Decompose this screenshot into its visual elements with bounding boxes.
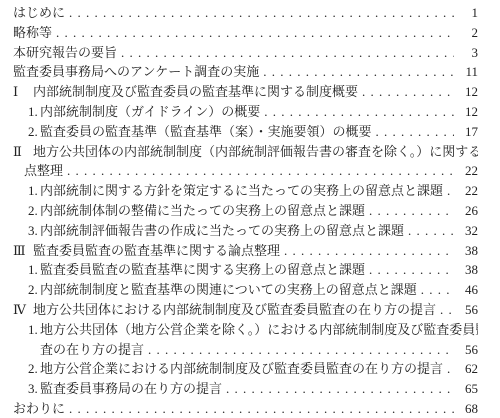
entry-text: 内部統制制度と監査基準の関連についての実務上の留意点と課題	[40, 280, 417, 300]
dot-leader: . . . . . . . . . . . . . . . . . . . . …	[447, 359, 454, 379]
toc-entry: 査の在り方の提言. . . . . . . . . . . . . . . . …	[0, 340, 500, 360]
entry-page: 65	[456, 379, 478, 399]
toc-entry: 3.内部統制評価報告書の作成に当たっての実務上の留意点と課題. . . . . …	[0, 221, 500, 241]
entry-page: 1	[456, 3, 478, 23]
toc-page: はじめに. . . . . . . . . . . . . . . . . . …	[0, 0, 500, 418]
entry-text: 監査委員監査の監査基準に関する論点整理	[33, 241, 280, 261]
toc-entry: 監査委員事務局へのアンケート調査の実施. . . . . . . . . . .…	[0, 62, 500, 82]
dot-leader: . . . . . . . . . . . . . . . . . . . . …	[284, 241, 454, 261]
entry-number: 1.	[28, 260, 40, 280]
toc-entry: 1.内部統制に関する方針を策定するに当たっての実務上の留意点と課題. . . .…	[0, 181, 500, 201]
dot-leader: . . . . . . . . . . . . . . . . . . . . …	[226, 379, 454, 399]
toc-entry: 1.地方公共団体（地方公営企業を除く。）における内部統制制度及び監査委員監	[0, 320, 500, 340]
entry-page: 3	[456, 43, 478, 63]
toc-entry: 本研究報告の要旨. . . . . . . . . . . . . . . . …	[0, 43, 500, 63]
dot-leader: . . . . . . . . . . . . . . . . . . . . …	[447, 181, 454, 201]
dot-leader: . . . . . . . . . . . . . . . . . . . . …	[362, 82, 454, 102]
entry-page: 32	[456, 221, 478, 241]
entry-page: 38	[456, 260, 478, 280]
toc-entry: 1.監査委員監査の監査基準に関する実務上の留意点と課題. . . . . . .…	[0, 260, 500, 280]
entry-text: 監査委員事務局へのアンケート調査の実施	[13, 62, 259, 82]
dot-leader: . . . . . . . . . . . . . . . . . . . . …	[264, 102, 454, 122]
entry-text: 内部統制制度及び監査委員の監査基準に関する制度概要	[33, 82, 358, 102]
entry-number: Ⅳ	[13, 300, 33, 320]
dot-leader: . . . . . . . . . . . . . . . . . . . . …	[369, 201, 454, 221]
toc-entry: Ⅳ地方公共団体における内部統制制度及び監査委員監査の在り方の提言. . . . …	[0, 300, 500, 320]
dot-leader: . . . . . . . . . . . . . . . . . . . . …	[369, 260, 454, 280]
entry-number: 1.	[28, 102, 40, 122]
toc-entry: おわりに. . . . . . . . . . . . . . . . . . …	[0, 399, 500, 418]
dot-leader: . . . . . . . . . . . . . . . . . . . . …	[69, 3, 454, 23]
entry-number: 2.	[28, 122, 40, 142]
entry-page: 46	[456, 280, 478, 300]
entry-text: 本研究報告の要旨	[13, 43, 117, 63]
entry-number: Ⅱ	[13, 142, 33, 162]
toc-entry: Ⅰ内部統制制度及び監査委員の監査基準に関する制度概要. . . . . . . …	[0, 82, 500, 102]
entry-number: 2.	[28, 280, 40, 300]
entry-text: おわりに	[13, 399, 65, 418]
entry-page: 2	[456, 23, 478, 43]
toc-entry: 略称等. . . . . . . . . . . . . . . . . . .…	[0, 23, 500, 43]
entry-text: 略称等	[13, 23, 52, 43]
entry-text: 内部統制制度（ガイドライン）の概要	[40, 102, 260, 122]
entry-page: 68	[456, 399, 478, 418]
toc-entry: 3.監査委員事務局の在り方の提言. . . . . . . . . . . . …	[0, 379, 500, 399]
entry-page: 12	[456, 102, 478, 122]
toc-entry: 2.監査委員の監査基準（監査基準（案）・実施要領）の概要. . . . . . …	[0, 122, 500, 142]
dot-leader: . . . . . . . . . . . . . . . . . . . . …	[148, 340, 454, 360]
entry-number: 1.	[28, 320, 40, 340]
toc-entry: はじめに. . . . . . . . . . . . . . . . . . …	[0, 3, 500, 23]
entry-number: 1.	[28, 181, 40, 201]
dot-leader: . . . . . . . . . . . . . . . . . . . . …	[408, 221, 454, 241]
toc-entry: Ⅲ監査委員監査の監査基準に関する論点整理. . . . . . . . . . …	[0, 241, 500, 261]
toc-entry: 2.内部統制制度と監査基準の関連についての実務上の留意点と課題. . . . .…	[0, 280, 500, 300]
dot-leader: . . . . . . . . . . . . . . . . . . . . …	[67, 161, 454, 181]
entry-text: 内部統制体制の整備に当たっての実務上の留意点と課題	[40, 201, 365, 221]
dot-leader: . . . . . . . . . . . . . . . . . . . . …	[56, 23, 454, 43]
entry-text: 地方公共団体における内部統制制度及び監査委員監査の在り方の提言	[33, 300, 436, 320]
entry-page: 22	[456, 181, 478, 201]
entry-number: 3.	[28, 221, 40, 241]
dot-leader: . . . . . . . . . . . . . . . . . . . . …	[121, 43, 454, 63]
toc-entry: 点整理. . . . . . . . . . . . . . . . . . .…	[0, 161, 500, 181]
toc-list: はじめに. . . . . . . . . . . . . . . . . . …	[0, 3, 500, 418]
entry-number: 2.	[28, 201, 40, 221]
entry-text: 内部統制に関する方針を策定するに当たっての実務上の留意点と課題	[40, 181, 443, 201]
entry-text: はじめに	[13, 3, 65, 23]
entry-text: 監査委員の監査基準（監査基準（案）・実施要領）の概要	[40, 122, 372, 142]
toc-entry: Ⅱ地方公共団体の内部統制制度（内部統制評価報告書の審査を除く。）に関する論	[0, 142, 500, 162]
entry-page: 56	[456, 300, 478, 320]
toc-entry: 2.内部統制体制の整備に当たっての実務上の留意点と課題. . . . . . .…	[0, 201, 500, 221]
entry-text: 地方公共団体の内部統制制度（内部統制評価報告書の審査を除く。）に関する論	[33, 142, 478, 162]
entry-text: 地方公営企業における内部統制制度及び監査委員監査の在り方の提言	[40, 359, 443, 379]
entry-page: 62	[456, 359, 478, 379]
entry-text: 監査委員監査の監査基準に関する実務上の留意点と課題	[40, 260, 365, 280]
entry-page: 26	[456, 201, 478, 221]
entry-text: 内部統制評価報告書の作成に当たっての実務上の留意点と課題	[40, 221, 404, 241]
entry-page: 11	[456, 62, 478, 82]
toc-entry: 1.内部統制制度（ガイドライン）の概要. . . . . . . . . . .…	[0, 102, 500, 122]
entry-page: 38	[456, 241, 478, 261]
dot-leader: . . . . . . . . . . . . . . . . . . . . …	[263, 62, 454, 82]
entry-number: 3.	[28, 379, 40, 399]
entry-number: 2.	[28, 359, 40, 379]
entry-text: 点整理	[24, 161, 63, 181]
dot-leader: . . . . . . . . . . . . . . . . . . . . …	[421, 280, 454, 300]
entry-page: 56	[456, 340, 478, 360]
toc-entry: 2.地方公営企業における内部統制制度及び監査委員監査の在り方の提言. . . .…	[0, 359, 500, 379]
entry-number: Ⅲ	[13, 241, 33, 261]
dot-leader: . . . . . . . . . . . . . . . . . . . . …	[440, 300, 454, 320]
entry-page: 22	[456, 161, 478, 181]
entry-text: 地方公共団体（地方公営企業を除く。）における内部統制制度及び監査委員監	[40, 320, 478, 340]
entry-page: 12	[456, 82, 478, 102]
entry-page: 17	[456, 122, 478, 142]
entry-text: 査の在り方の提言	[40, 340, 144, 360]
entry-text: 監査委員事務局の在り方の提言	[40, 379, 222, 399]
dot-leader: . . . . . . . . . . . . . . . . . . . . …	[69, 399, 454, 418]
entry-number: Ⅰ	[13, 82, 33, 102]
dot-leader: . . . . . . . . . . . . . . . . . . . . …	[376, 122, 454, 142]
